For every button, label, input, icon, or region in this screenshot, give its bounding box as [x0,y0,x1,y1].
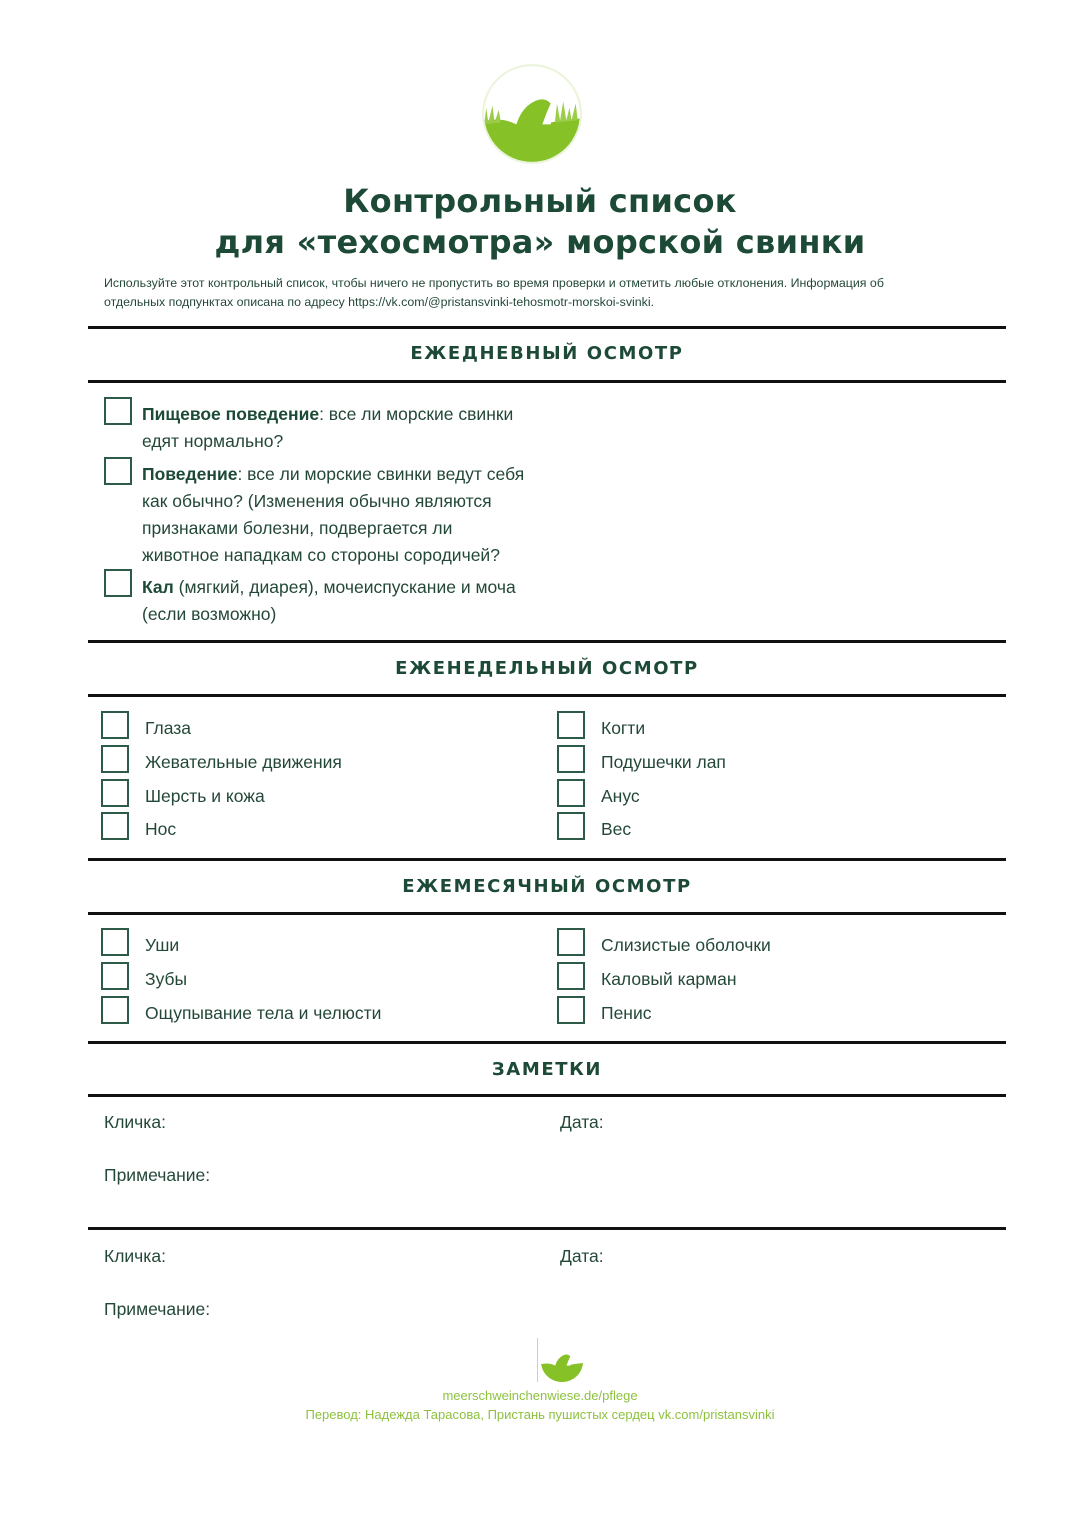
checkbox-weekly-paw-pads[interactable] [557,745,585,773]
monthly-item-label: Слизистые оболочки [601,935,771,956]
checkbox-daily-feces[interactable] [104,569,132,597]
divider [88,694,1006,697]
daily-item-feeding: Пищевое поведение: все ли морские свинки… [142,401,562,455]
checkbox-monthly-ears[interactable] [101,928,129,956]
monthly-item-label: Ощупывание тела и челюсти [145,1003,381,1024]
item-text: едят нормально? [142,428,562,455]
guinea-pig-logo-icon [480,62,584,166]
item-text: животное нападкам со стороны сородичей? [142,542,572,569]
checkbox-monthly-teeth[interactable] [101,962,129,990]
checkbox-daily-behavior[interactable] [104,457,132,485]
divider [88,1094,1006,1097]
intro-line: Используйте этот контрольный список, что… [104,274,984,293]
item-title: Кал [142,577,174,597]
item-text: : все ли морские свинки [319,404,513,424]
page-title-line1: Контрольный список [0,182,1080,220]
divider [88,858,1006,861]
date-field-label[interactable]: Дата: [560,1112,604,1133]
intro-text: Используйте этот контрольный список, что… [104,274,984,312]
weekly-item-label: Подушечки лап [601,752,726,773]
section-title-notes: ЗАМЕТКИ [88,1059,1006,1080]
divider [88,1227,1006,1230]
section-title-monthly: ЕЖЕМЕСЯЧНЫЙ ОСМОТР [88,876,1006,897]
daily-item-feces: Кал (мягкий, диарея), мочеиспускание и м… [142,574,572,628]
note-field-label[interactable]: Примечание: [104,1165,210,1186]
item-title: Пищевое поведение [142,404,319,424]
monthly-item-label: Каловый карман [601,969,737,990]
item-title: Поведение [142,464,237,484]
weekly-item-label: Глаза [145,718,191,739]
footer-credit: Перевод: Надежда Тарасова, Пристань пуши… [0,1407,1080,1422]
name-field-label[interactable]: Кличка: [104,1246,166,1267]
name-field-label[interactable]: Кличка: [104,1112,166,1133]
item-text: как обычно? (Изменения обычно являются [142,488,572,515]
section-title-weekly: ЕЖЕНЕДЕЛЬНЫЙ ОСМОТР [88,658,1006,679]
weekly-item-label: Когти [601,718,645,739]
item-text: : все ли морские свинки ведут себя [237,464,524,484]
weekly-item-label: Жевательные движения [145,752,342,773]
monthly-item-label: Пенис [601,1003,652,1024]
checkbox-weekly-claws[interactable] [557,711,585,739]
divider [88,912,1006,915]
weekly-item-label: Нос [145,819,176,840]
checkbox-daily-feeding[interactable] [104,397,132,425]
checkbox-monthly-penis[interactable] [557,996,585,1024]
checkbox-monthly-mucous[interactable] [557,928,585,956]
page-title-line2: для «техосмотра» морской свинки [0,223,1080,261]
weekly-item-label: Шерсть и кожа [145,786,265,807]
checkbox-monthly-fecal-pocket[interactable] [557,962,585,990]
divider [88,1041,1006,1044]
item-text: (мягкий, диарея), мочеиспускание и моча [174,577,516,597]
divider [88,380,1006,383]
checkbox-weekly-nose[interactable] [101,812,129,840]
date-field-label[interactable]: Дата: [560,1246,604,1267]
weekly-item-label: Вес [601,819,631,840]
guinea-pig-logo-small-icon [539,1338,585,1384]
divider [88,326,1006,329]
daily-item-behavior: Поведение: все ли морские свинки ведут с… [142,461,572,569]
intro-line: отдельных подпунктах описана по адресу h… [104,293,984,312]
item-text: признаками болезни, подвергается ли [142,515,572,542]
checkbox-weekly-eyes[interactable] [101,711,129,739]
note-field-label[interactable]: Примечание: [104,1299,210,1320]
footer-divider [537,1338,538,1382]
divider [88,640,1006,643]
footer-site-link[interactable]: meerschweinchenwiese.de/pflege [0,1388,1080,1403]
section-title-daily: ЕЖЕДНЕВНЫЙ ОСМОТР [88,343,1006,364]
checkbox-weekly-chewing[interactable] [101,745,129,773]
checkbox-weekly-weight[interactable] [557,812,585,840]
checkbox-weekly-fur[interactable] [101,779,129,807]
weekly-item-label: Анус [601,786,640,807]
checkbox-weekly-anus[interactable] [557,779,585,807]
monthly-item-label: Уши [145,935,179,956]
checkbox-monthly-palpation[interactable] [101,996,129,1024]
item-text: (если возможно) [142,601,572,628]
monthly-item-label: Зубы [145,969,187,990]
